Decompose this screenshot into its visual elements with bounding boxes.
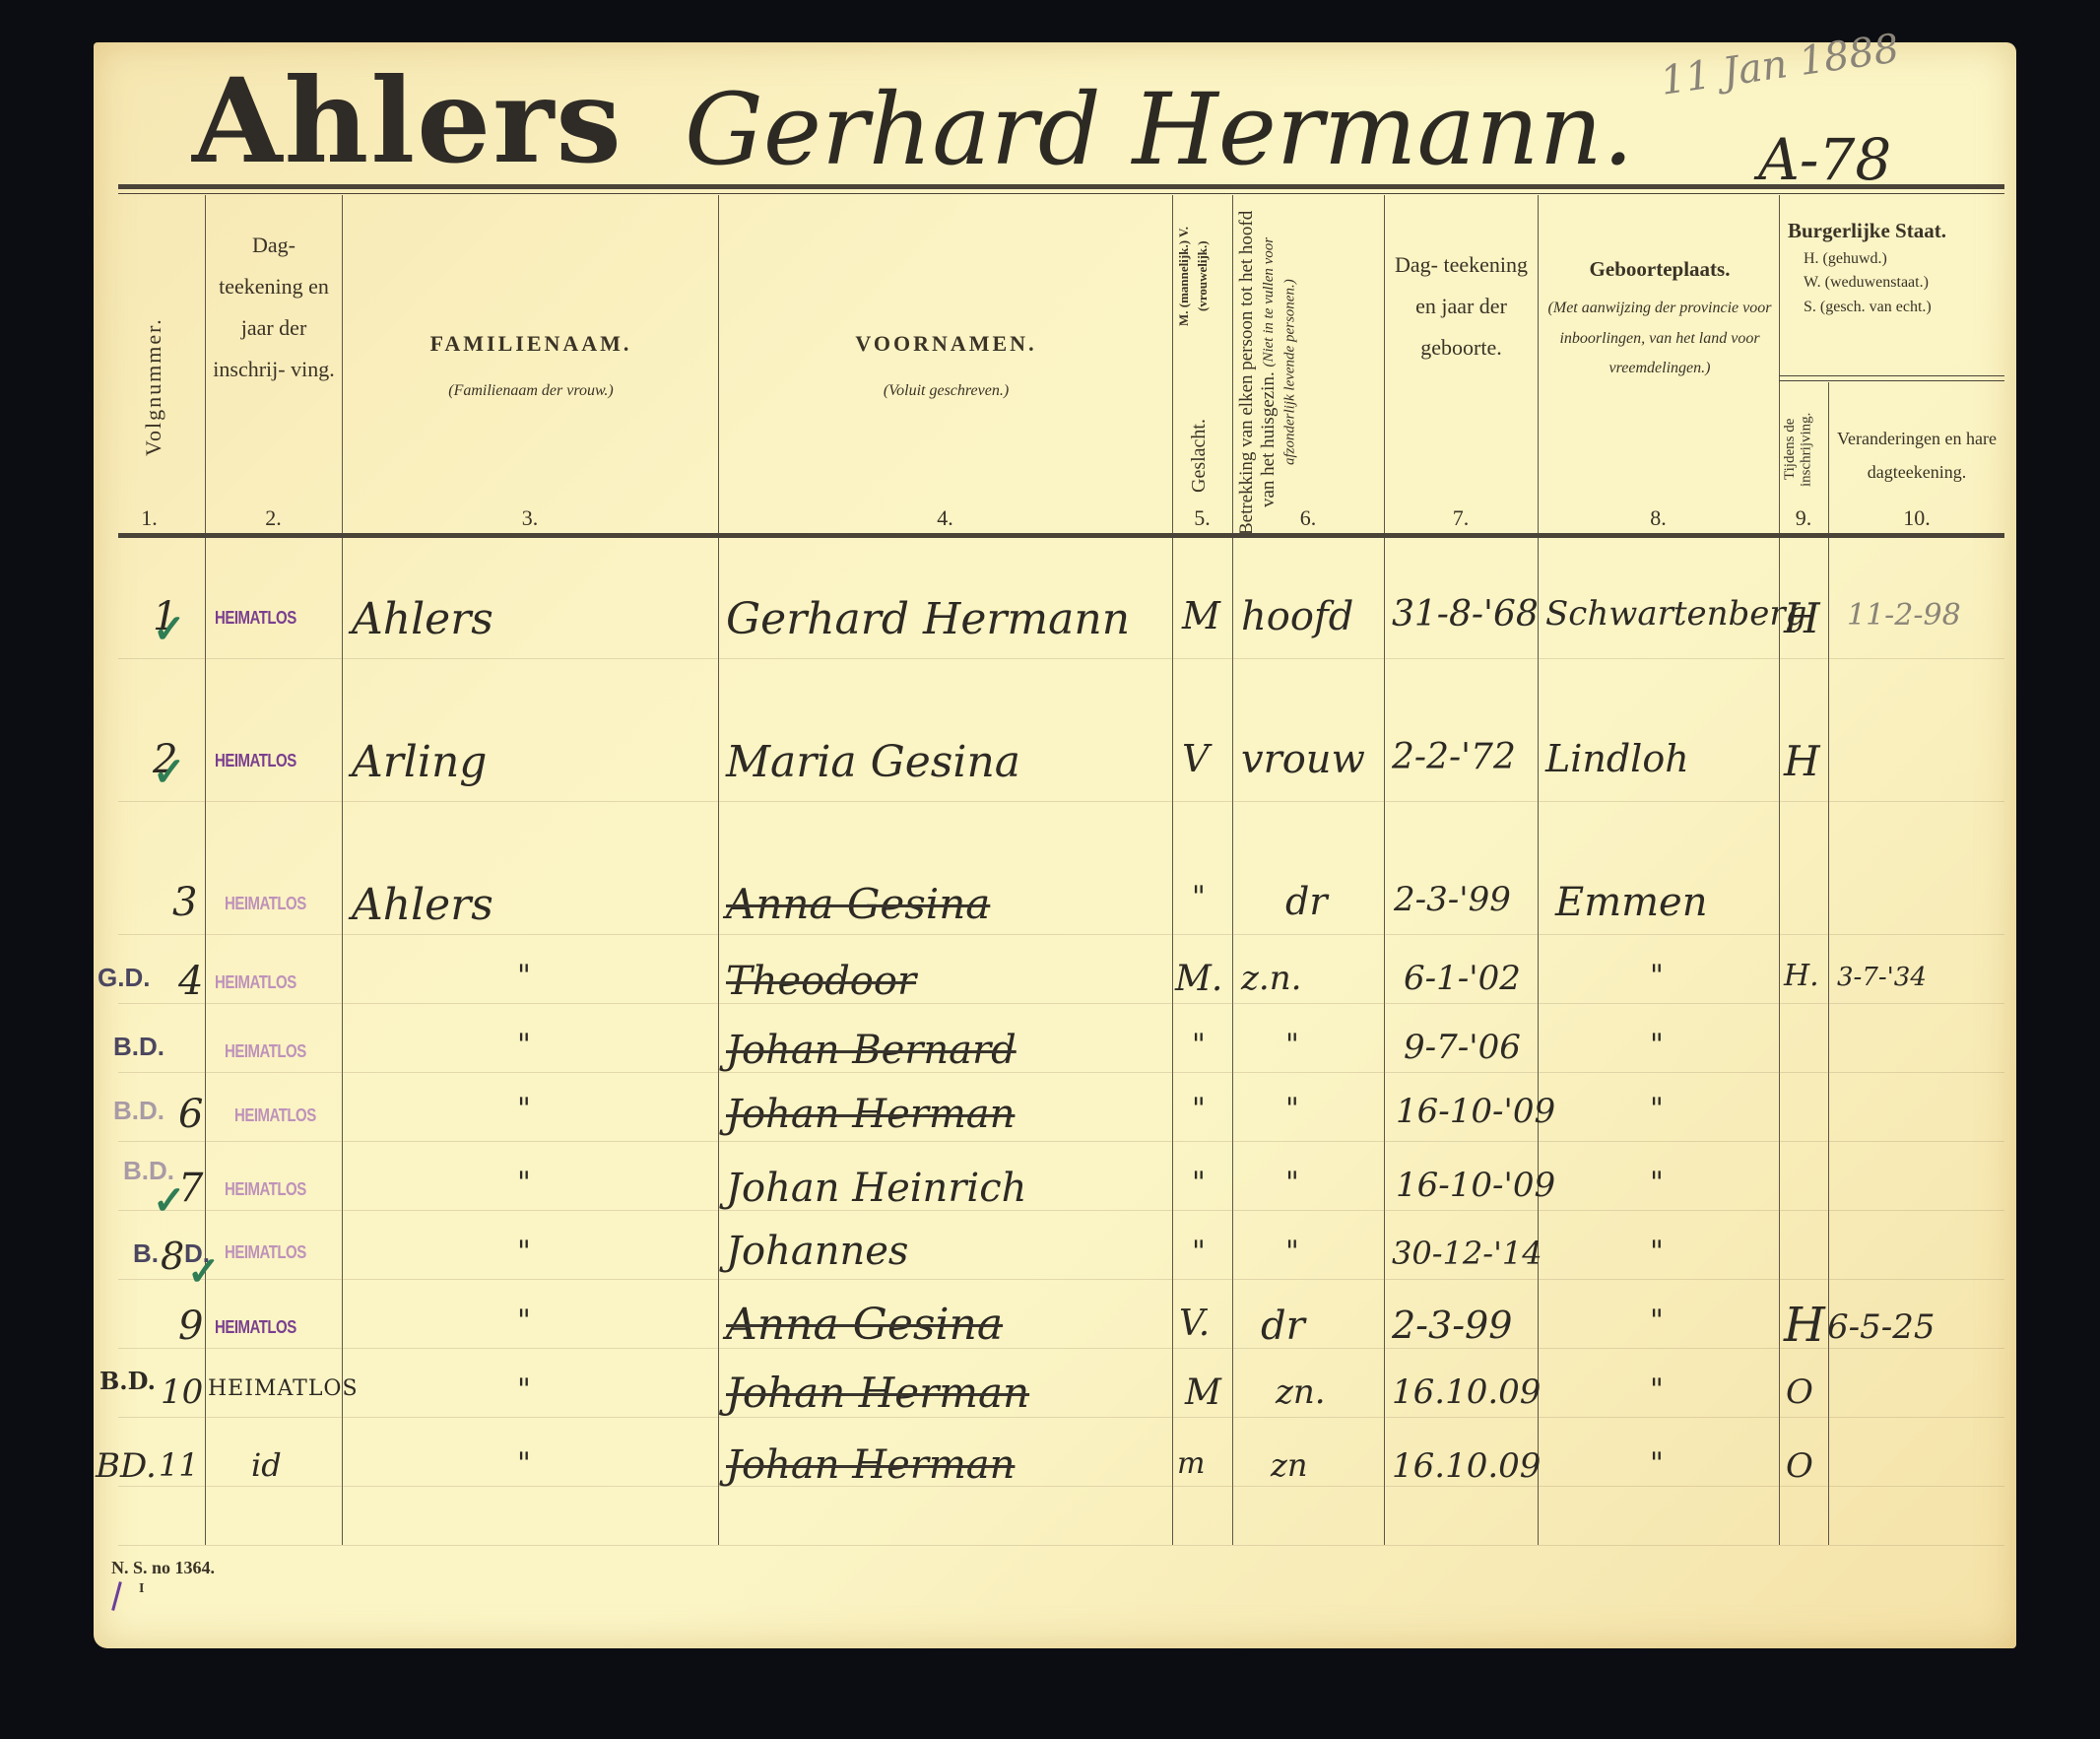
sex-cell: m (1177, 1446, 1205, 1481)
change-cell: 6-5-25 (1827, 1307, 1936, 1347)
header-rule (118, 533, 2004, 538)
green-check-icon: ✓ (153, 606, 186, 652)
row-number: 4 (178, 959, 203, 1004)
sex-cell: " (1192, 1028, 1206, 1062)
table-row: G.D. 4 HEIMATLOS " Theodoor M. z.n. 6-1-… (94, 959, 2016, 1018)
birthplace-cell: Emmen (1555, 880, 1708, 925)
given-names-cell: Johan Herman (726, 1092, 1015, 1137)
sex-cell: V (1182, 737, 1209, 780)
header-veranderingen: Veranderingen en hare dagteekening. (1832, 422, 2002, 489)
birth-date-cell: 2-3-99 (1392, 1304, 1512, 1347)
given-names-cell: Johan Herman (726, 1369, 1029, 1417)
birth-date-cell: 16-10-'09 (1396, 1092, 1555, 1131)
familienaam-sub: (Familienaam der vrouw.) (448, 382, 614, 399)
surname-cell: Arling (352, 737, 487, 787)
table-row: 9 HEIMATLOS " Anna Gesina V. dr 2-3-99 "… (94, 1304, 2016, 1363)
birthplace-cell: " (1650, 1166, 1664, 1200)
birthplace-cell: Schwartenberg (1545, 594, 1806, 634)
card-given-names: Gerhard Hermann. (685, 72, 1634, 187)
title-rule-thin (118, 193, 2004, 194)
bd-mark: B.D. (99, 1367, 156, 1395)
birthplace-cell: " (1650, 1446, 1664, 1481)
colnum-6: 6. (1232, 505, 1384, 531)
row-number: 11 (159, 1446, 199, 1484)
given-names-cell: Gerhard Hermann (726, 594, 1130, 644)
table-row: 2 ✓ HEIMATLOS Arling Maria Gesina V vrou… (94, 737, 2016, 806)
geboorteplaats-sub: (Met aanwijzing der provincie voor inboo… (1548, 300, 1772, 376)
colnum-10: 10. (1828, 505, 2005, 531)
title-rule (118, 184, 2004, 189)
colnum-3: 3. (342, 505, 718, 531)
birth-date-cell: 16.10.09 (1392, 1372, 1541, 1412)
bd-mark: G.D. (98, 963, 150, 993)
relation-cell: dr (1285, 880, 1328, 923)
table-row: 1 ✓ HEIMATLOS Ahlers Gerhard Hermann M h… (94, 594, 2016, 663)
relation-cell: " (1285, 1028, 1299, 1062)
familienaam-label: FAMILIENAAM. (345, 328, 717, 360)
relation-cell: zn (1271, 1446, 1307, 1484)
given-names-cell: Johan Herman (726, 1442, 1015, 1488)
colnum-5: 5. (1172, 505, 1232, 531)
surname-cell: " (517, 959, 531, 993)
relation-cell: hoofd (1241, 594, 1353, 639)
bd-mark: BD. (96, 1446, 157, 1486)
registration-card: Ahlers Gerhard Hermann. 11 Jan 1888 A-78… (94, 42, 2016, 1648)
heimatlos-stamp: HEIMATLOS (225, 1041, 306, 1061)
idem-mark: id (251, 1446, 282, 1484)
birthplace-cell: Lindloh (1545, 737, 1689, 780)
ruled-line (118, 1545, 2004, 1546)
card-reference: A-78 (1758, 126, 1891, 193)
header-mv: M. (mannelijk.) V. (vrouwelijk.) (1175, 210, 1230, 343)
voornamen-sub: (Voluit geschreven.) (884, 382, 1009, 399)
row-number: 9 (178, 1304, 203, 1349)
table-row: B. 8 D. ✓ HEIMATLOS " Johannes " " 30-12… (94, 1235, 2016, 1294)
given-names-cell: Johan Heinrich (726, 1166, 1026, 1211)
heimatlos-stamp: HEIMATLOS (215, 608, 296, 628)
form-sub: I (139, 1581, 144, 1597)
heimatlos-stamp: HEIMATLOS (225, 894, 306, 913)
relation-cell: zn. (1276, 1372, 1326, 1412)
birthplace-cell: " (1650, 1304, 1664, 1338)
surname-cell: " (517, 1028, 531, 1062)
table-row: BD. 11 id " Johan Herman m zn 16.10.09 "… (94, 1446, 2016, 1505)
surname-cell: " (517, 1304, 531, 1338)
staat-s: S. (gesch. van echt.) (1788, 296, 2004, 320)
purple-mark (111, 1581, 122, 1611)
relation-cell: z.n. (1241, 959, 1301, 998)
header-tijdens: Tijdens de inschrijving. (1782, 395, 1825, 503)
pencil-date: 11 Jan 1888 (1658, 26, 1902, 103)
row-number: 6 (178, 1092, 203, 1137)
table-row: 3 HEIMATLOS Ahlers Anna Gesina " dr 2-3-… (94, 880, 2016, 939)
change-cell: 11-2-98 (1847, 598, 1961, 633)
status-cell: H (1784, 737, 1820, 785)
green-check-icon: ✓ (187, 1248, 221, 1295)
row-number: 3 (172, 880, 197, 925)
sex-cell: " (1192, 880, 1206, 914)
sex-cell: V. (1179, 1304, 1210, 1344)
given-names-cell: Johan Bernard (726, 1028, 1017, 1073)
header-voornamen: VOORNAMEN. (Voluit geschreven.) (721, 328, 1171, 402)
green-check-icon: ✓ (153, 749, 186, 795)
staat-w: W. (weduwenstaat.) (1788, 271, 2004, 296)
header-inschrijving: Dag- teekening en jaar der inschrij- vin… (210, 225, 338, 390)
heimatlos-handwritten: HEIMATLOS (208, 1376, 359, 1401)
header-geboorte: Dag- teekening en jaar der geboorte. (1386, 244, 1537, 368)
surname-cell: " (517, 1092, 531, 1126)
table-row: B.D. 7 ✓ HEIMATLOS " Johan Heinrich " " … (94, 1166, 2016, 1225)
given-names-cell: Maria Gesina (726, 737, 1020, 787)
birthplace-cell: " (1650, 1372, 1664, 1407)
status-cell: O (1786, 1446, 1813, 1486)
voornamen-label: VOORNAMEN. (721, 328, 1171, 360)
surname-cell: " (517, 1235, 531, 1269)
row-number: 8 (161, 1235, 184, 1278)
given-names-cell: Anna Gesina (726, 880, 990, 928)
birthplace-cell: " (1650, 1092, 1664, 1126)
green-check-icon: ✓ (153, 1177, 186, 1224)
bd-mark: B.D. (113, 1032, 164, 1062)
staat-rule (1779, 380, 2004, 381)
geboorteplaats-label: Geboorteplaats. (1542, 254, 1778, 284)
birth-date-cell: 30-12-'14 (1392, 1235, 1542, 1272)
form-number: N. S. no 1364. (111, 1558, 215, 1578)
change-cell: 3-7-'34 (1837, 963, 1927, 992)
surname-cell: " (517, 1372, 531, 1407)
birthplace-cell: " (1650, 959, 1664, 993)
birthplace-cell: " (1650, 1028, 1664, 1062)
bd-mark: B.D. (113, 1096, 164, 1126)
birth-date-cell: 16-10-'09 (1396, 1166, 1555, 1205)
given-names-cell: Anna Gesina (726, 1300, 1003, 1350)
colnum-2: 2. (205, 505, 342, 531)
table-row: B.D. 6 HEIMATLOS " Johan Herman " " 16-1… (94, 1092, 2016, 1151)
surname-cell: " (517, 1446, 531, 1481)
heimatlos-stamp: HEIMATLOS (225, 1179, 306, 1199)
colnum-9: 9. (1779, 505, 1828, 531)
sex-cell: " (1192, 1166, 1206, 1200)
birth-date-cell: 2-2-'72 (1392, 737, 1516, 777)
header-geboorteplaats: Geboorteplaats. (Met aanwijzing der prov… (1542, 254, 1778, 384)
birth-date-cell: 16.10.09 (1392, 1446, 1541, 1486)
status-cell: H. (1784, 959, 1819, 993)
colnum-7: 7. (1384, 505, 1538, 531)
heimatlos-stamp: HEIMATLOS (215, 1317, 296, 1337)
heimatlos-stamp: HEIMATLOS (225, 1242, 306, 1262)
status-cell: O (1786, 1372, 1813, 1412)
bd-mark: B. (133, 1238, 159, 1269)
header-betrekking: Betrekking van elken persoon tot het hoo… (1236, 210, 1379, 535)
status-cell: H (1784, 1298, 1825, 1353)
relation-cell: vrouw (1241, 737, 1365, 782)
status-cell: H (1784, 594, 1820, 642)
heimatlos-stamp: HEIMATLOS (215, 751, 296, 770)
birth-date-cell: 6-1-'02 (1404, 959, 1521, 998)
heimatlos-stamp: HEIMATLOS (234, 1105, 316, 1125)
header-volgnummer: Volgnummer. (138, 269, 169, 505)
table-row: B.D. HEIMATLOS " Johan Bernard " " 9-7-'… (94, 1028, 2016, 1087)
relation-cell: " (1285, 1092, 1299, 1126)
birth-date-cell: 2-3-'99 (1394, 880, 1511, 919)
surname-cell: " (517, 1166, 531, 1200)
header-familienaam: FAMILIENAAM. (Familienaam der vrouw.) (345, 328, 717, 402)
surname-cell: Ahlers (352, 594, 493, 644)
birth-date-cell: 31-8-'68 (1392, 594, 1539, 635)
birthplace-cell: " (1650, 1235, 1664, 1269)
sex-cell: M. (1175, 959, 1222, 999)
table-row: B.D. 10 HEIMATLOS " Johan Herman M zn. 1… (94, 1372, 2016, 1432)
relation-cell: " (1285, 1235, 1299, 1269)
staat-h: H. (gehuwd.) (1788, 247, 2004, 272)
birth-date-cell: 9-7-'06 (1404, 1028, 1521, 1067)
card-surname: Ahlers (192, 52, 623, 189)
colnum-8: 8. (1538, 505, 1779, 531)
surname-cell: Ahlers (352, 880, 493, 930)
given-names-cell: Johannes (726, 1229, 908, 1274)
sex-cell: " (1192, 1092, 1206, 1126)
header-geslacht: Geslacht. (1185, 387, 1214, 525)
heimatlos-stamp: HEIMATLOS (215, 972, 296, 992)
sex-cell: " (1192, 1235, 1206, 1269)
relation-cell: " (1285, 1166, 1299, 1200)
sex-cell: M (1182, 594, 1220, 637)
staat-title: Burgerlijke Staat. (1788, 215, 2004, 247)
header-burgerlijke-staat: Burgerlijke Staat. H. (gehuwd.) W. (wedu… (1782, 215, 2004, 320)
row-number: 10 (161, 1372, 203, 1412)
relation-cell: dr (1261, 1304, 1305, 1349)
given-names-cell: Theodoor (726, 959, 916, 1004)
colnum-1: 1. (94, 505, 205, 531)
staat-rule (1779, 375, 2004, 376)
sex-cell: M (1185, 1372, 1221, 1413)
colnum-4: 4. (718, 505, 1172, 531)
